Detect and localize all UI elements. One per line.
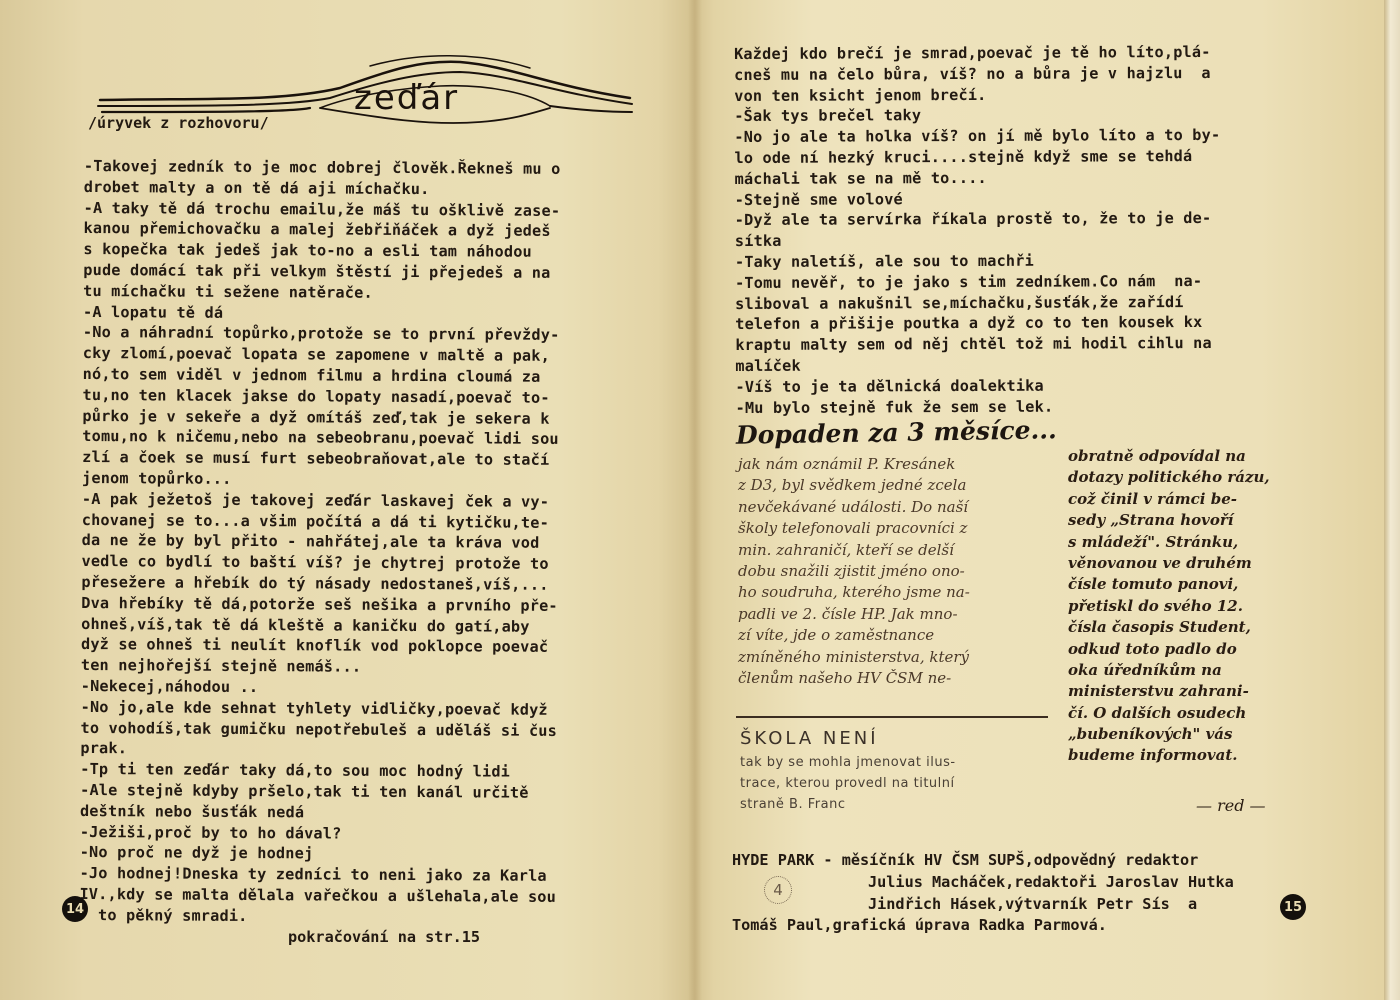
text-line: -Stejně sme volové — [735, 187, 1221, 210]
handwritten-line: zí víte, jde o zaměstnance — [738, 625, 970, 646]
handwritten-line: ho soudruha, kterého jsme na- — [738, 582, 970, 603]
handwritten-line: z D3, byl svědkem jedné zcela — [738, 475, 970, 496]
text-line: IV.,kdy se malta dělala vařečkou a ušleh… — [79, 884, 556, 908]
handwritten-line: oka úředníkům na — [1068, 660, 1270, 681]
text-line: Každej kdo brečí je smrad,poevač je tě h… — [734, 42, 1220, 65]
handwritten-line: školy telefonovali pracovníci z — [738, 518, 970, 539]
text-line: -Víš to je ta dělnická doalektika — [735, 375, 1221, 398]
text-line: -A taky tě dá trochu emailu,že máš tu oš… — [84, 198, 561, 222]
text-line: -No proč ne dyž je hodnej — [80, 842, 557, 866]
handwritten-line: jak nám oznámil P. Kresánek — [738, 454, 970, 475]
text-line: pude domácí tak při velkym štěstí ji pře… — [83, 260, 560, 284]
text-line: telefon a přišije poutka a dyž co to ten… — [735, 312, 1221, 335]
text-line: -Šak tys brečel taky — [734, 104, 1220, 127]
note-line: straně B. Franc — [740, 794, 956, 815]
handwritten-line: obratně odpovídal na — [1068, 446, 1270, 467]
page-number-left: 14 — [62, 896, 88, 922]
handwritten-line: čísla časopis Student, — [1068, 617, 1270, 638]
handwritten-line: nevčekávané události. Do naší — [738, 497, 970, 518]
handwritten-line: budeme informovat. — [1068, 745, 1270, 766]
continued-note: pokračování na str.15 — [288, 928, 480, 946]
text-line: ohneš,víš,tak tě dá kleště a kaničku do … — [81, 614, 558, 638]
text-line: malíček — [735, 354, 1221, 377]
text-line: to vohodíš,tak gumičku nepotřebuleš a ud… — [80, 718, 557, 742]
text-line: -Nekecej,náhodou .. — [81, 676, 558, 700]
text-line: tu míchačku ti sežene natěrače. — [83, 281, 560, 305]
handwritten-line: dotazy politického rázu, — [1068, 467, 1270, 488]
text-line: jenom topůrko... — [82, 468, 559, 492]
colophon-line: Jindřich Hásek,výtvarník Petr Sís a — [732, 894, 1234, 916]
handwritten-column-right: obratně odpovídal nadotazy politického r… — [1068, 446, 1270, 767]
text-line: máchali tak se na mě to.... — [735, 167, 1221, 190]
text-line: -Mu bylo stejně fuk že sem se lek. — [736, 395, 1222, 418]
text-line: drobet malty a on tě dá aji míchačku. — [84, 177, 561, 201]
text-line: prak. — [80, 738, 557, 762]
handwritten-line: zmíněného ministerstva, který — [738, 647, 970, 668]
text-line: -Ale stejně kdyby pršelo,tak ti ten kaná… — [80, 780, 557, 804]
text-line: půrko je v sekeře a dyž omítáš zeď,tak j… — [82, 406, 559, 430]
note-line: trace, kterou provedl na titulní — [740, 773, 956, 794]
left-article-body: -Takovej zedník to je moc dobrej člověk.… — [79, 156, 560, 928]
text-line: -Dyž ale ta servírka říkala prostě to, ž… — [735, 208, 1221, 231]
text-line: tomu,no k ničemu,nebo na sebeobranu,poev… — [82, 426, 559, 450]
text-line: Dva hřebíky tě dá,potorže seš nešika a p… — [81, 593, 558, 617]
handwritten-line: dobu snažili zjistit jméno ono- — [738, 561, 970, 582]
text-line: tu,no ten klacek jakse do lopaty nasadí,… — [82, 385, 559, 409]
handwritten-line: padli ve 2. čísle HP. Jak mno- — [738, 604, 970, 625]
page-edge — [1384, 0, 1400, 1000]
divider-line — [736, 716, 1048, 718]
text-line: lo ode ní hezký kruci....stejně když sme… — [734, 146, 1220, 169]
text-line: -Tomu nevěř, to je jako s tim zedníkem.C… — [735, 271, 1221, 294]
handwritten-line: ministerstvu zahrani- — [1068, 681, 1270, 702]
page-number-right: 15 — [1280, 894, 1306, 920]
handwritten-line: sedy „Strana hovoří — [1068, 510, 1270, 531]
text-line: -No jo ale ta holka víš? on jí mě bylo l… — [734, 125, 1220, 148]
editorial-signature: — red — — [1196, 796, 1266, 815]
text-line: cneš mu na čelo bůra, víš? no a bůra je … — [734, 63, 1220, 86]
text-line: nó,to sem viděl v jednom filmu a hrdina … — [83, 364, 560, 388]
colophon-line: HYDE PARK - měsíčník HV ČSM SUPŠ,odpověd… — [732, 850, 1234, 872]
handwritten-line: min. zahraničí, kteří se delší — [738, 540, 970, 561]
text-line: -No a náhradní topůrko,protože se to prv… — [83, 322, 560, 346]
text-line: přesežere a hřebík do tý násady nedostan… — [81, 572, 558, 596]
handwritten-line: čí. O dalších osudech — [1068, 703, 1270, 724]
text-line: -Ježiši,proč by to ho dával? — [80, 821, 557, 845]
colophon-line: Tomáš Paul,grafická úprava Radka Parmová… — [732, 915, 1234, 937]
handwritten-line: odkud toto padlo do — [1068, 639, 1270, 660]
text-line: to pěkný smradi. — [79, 905, 556, 929]
text-line: dyž se ohneš ti neulít knoflík vod poklo… — [81, 634, 558, 658]
text-line: von ten ksicht jenom brečí. — [734, 83, 1220, 106]
colophon: HYDE PARK - měsíčník HV ČSM SUPŠ,odpověd… — [732, 850, 1234, 937]
handwritten-column-left: jak nám oznámil P. Kresánekz D3, byl svě… — [738, 454, 970, 689]
handwritten-line: členům našeho HV ČSM ne- — [738, 668, 970, 689]
text-line: -A pak ježetoš je takovej zeďár laskavej… — [82, 489, 559, 513]
colophon-line: Julius Macháček,redaktoři Jaroslav Hutka — [732, 872, 1234, 894]
text-line: ten nejhořejší stejně nemáš... — [81, 655, 558, 679]
article-subtitle: /úryvek z rozhovoru/ — [88, 114, 269, 132]
text-line: -Jo hodnej!Dneska ty zedníci to neni jak… — [80, 863, 557, 887]
text-line: s kopečka tak jedeš jak to-no a esli tam… — [83, 239, 560, 263]
text-line: -Taky naletíš, ale sou to machři — [735, 250, 1221, 273]
text-line: -A lopatu tě dá — [83, 302, 560, 326]
handwritten-line: „bubeníkových" vás — [1068, 724, 1270, 745]
right-article-body: Každej kdo brečí je smrad,poevač je tě h… — [734, 42, 1222, 418]
illustration-note-title: ŠKOLA NENÍ — [740, 728, 879, 749]
page-stamp-icon: 4 — [764, 876, 792, 904]
handwritten-line: přetiskl do svého 12. — [1068, 596, 1270, 617]
text-line: cky zlomí,poevač lopata se zapomene v ma… — [83, 343, 560, 367]
text-line: sliboval a nakušnil se,míchačku,šusťák,ž… — [735, 291, 1221, 314]
text-line: deštník nebo šusťák nedá — [80, 801, 557, 825]
text-line: -Takovej zedník to je moc dobrej člověk.… — [84, 156, 561, 180]
handwritten-line: s mládeží". Stránku, — [1068, 532, 1270, 553]
text-line: kraptu malty sem od něj chtěl tož mi hod… — [735, 333, 1221, 356]
article-title: zeďár — [354, 78, 459, 118]
text-line: vedle co bydlí to baští víš? je chytrej … — [81, 551, 558, 575]
illustration-note-body: tak by se mohla jmenovat ilus-trace, kte… — [740, 752, 956, 815]
text-line: -Tp ti ten zeďár taky dá,to sou moc hodn… — [80, 759, 557, 783]
text-line: kanou přemichovačku a malej žebřiňáček a… — [83, 218, 560, 242]
handwritten-line: což činil v rámci be- — [1068, 489, 1270, 510]
text-line: da ne že by byl přito - nahřátej,ale ta … — [82, 530, 559, 554]
handwritten-line: čísle tomuto panovi, — [1068, 574, 1270, 595]
handwritten-line: věnovanou ve druhém — [1068, 553, 1270, 574]
text-line: zlí a čoek se musí furt sebeobraňovat,al… — [82, 447, 559, 471]
text-line: sítka — [735, 229, 1221, 252]
page-gutter — [688, 0, 702, 1000]
handwritten-headline: Dopaden za 3 měsíce... — [736, 415, 1057, 450]
text-line: -No jo,ale kde sehnat tyhlety vidličky,p… — [81, 697, 558, 721]
note-line: tak by se mohla jmenovat ilus- — [740, 752, 956, 773]
text-line: chovanej se to...a všim počítá a dá ti k… — [82, 510, 559, 534]
